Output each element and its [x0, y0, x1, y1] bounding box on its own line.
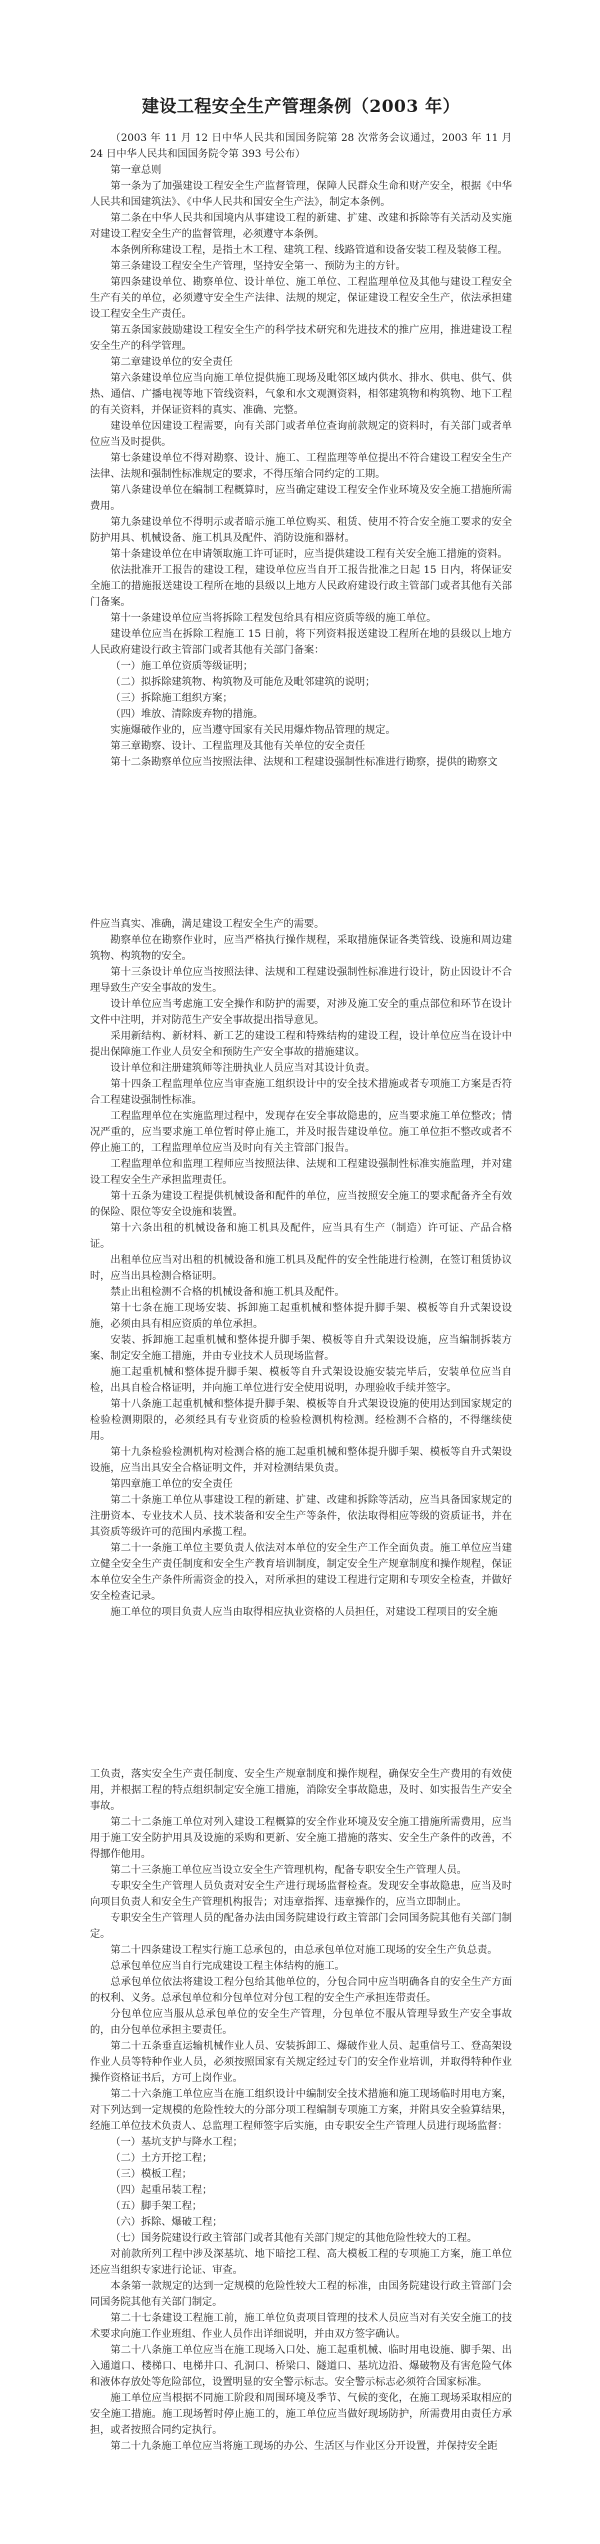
- chapter-2-heading: 第二章建设单位的安全责任: [90, 355, 512, 371]
- list-item: （二）土方开挖工程；: [90, 2151, 512, 2167]
- paragraph: 第二十六条施工单位应当在施工组织设计中编制安全技术措施和施工现场临时用电方案，对…: [90, 2087, 512, 2135]
- paragraph: 第二十五条垂直运输机械作业人员、安装拆卸工、爆破作业人员、起重信号工、登高架设作…: [90, 2039, 512, 2087]
- paragraph: 第二十七条建设工程施工前，施工单位负责项目管理的技术人员应当对有关安全施工的技术…: [90, 2311, 512, 2343]
- paragraph: 施工单位应当根据不同施工阶段和周围环境及季节、气候的变化，在施工现场采取相应的安…: [90, 2391, 512, 2439]
- paragraph: 总承包单位应当自行完成建设工程主体结构的施工。: [90, 1959, 512, 1975]
- document-preamble: （2003 年 11 月 12 日中华人民共和国国务院第 28 次常务会议通过，…: [90, 131, 512, 163]
- paragraph: 第五条国家鼓励建设工程安全生产的科学技术研究和先进技术的推广应用，推进建设工程安…: [90, 323, 512, 355]
- paragraph: 出租单位应当对出租的机械设备和施工机具及配件的安全性能进行检测，在签订租赁协议时…: [90, 1253, 512, 1285]
- paragraph: 第二十一条施工单位主要负责人依法对本单位的安全生产工作全面负责。施工单位应当建立…: [90, 1541, 512, 1605]
- paragraph: 第九条建设单位不得明示或者暗示施工单位购买、租赁、使用不符合安全施工要求的安全防…: [90, 515, 512, 547]
- paragraph: 第二条在中华人民共和国境内从事建设工程的新建、扩建、改建和拆除等有关活动及实施对…: [90, 211, 512, 243]
- paragraph: 第二十八条施工单位应当在施工现场入口处、施工起重机械、临时用电设施、脚手架、出入…: [90, 2343, 512, 2391]
- list-item: （五）脚手架工程；: [90, 2199, 512, 2215]
- paragraph: 工负责，落实安全生产责任制度、安全生产规章制度和操作规程，确保安全生产费用的有效…: [90, 1767, 512, 1815]
- paragraph: 施工单位的项目负责人应当由取得相应执业资格的人员担任，对建设工程项目的安全施: [90, 1605, 512, 1621]
- paragraph: 本条例所称建设工程，是指土木工程、建筑工程、线路管道和设备安装工程及装修工程。: [90, 243, 512, 259]
- page-3-text-block: 工负责，落实安全生产责任制度、安全生产规章制度和操作规程，确保安全生产费用的有效…: [90, 1767, 512, 2455]
- paragraph: 第二十九条施工单位应当将施工现场的办公、生活区与作业区分开设置，并保持安全距: [90, 2439, 512, 2455]
- paragraph: 勘察单位在勘察作业时，应当严格执行操作规程，采取措施保证各类管线、设施和周边建筑…: [90, 933, 512, 965]
- paragraph: 第十五条为建设工程提供机械设备和配件的单位，应当按照安全施工的要求配备齐全有效的…: [90, 1189, 512, 1221]
- paragraph: 第三条建设工程安全生产管理，坚持安全第一、预防为主的方针。: [90, 259, 512, 275]
- paragraph: 第十二条勘察单位应当按照法律、法规和工程建设强制性标准进行勘察，提供的勘察文: [90, 755, 512, 771]
- paragraph: 实施爆破作业的，应当遵守国家有关民用爆炸物品管理的规定。: [90, 723, 512, 739]
- document-page: 建设工程安全生产管理条例（2003 年） （2003 年 11 月 12 日中华…: [0, 96, 600, 2455]
- page-break-gap: [90, 771, 512, 917]
- paragraph: 第八条建设单位在编制工程概算时，应当确定建设工程安全作业环境及安全施工措施所需费…: [90, 483, 512, 515]
- paragraph: 专职安全生产管理人员的配备办法由国务院建设行政主管部门会同国务院其他有关部门制定…: [90, 1911, 512, 1943]
- list-item: （一）基坑支护与降水工程；: [90, 2135, 512, 2151]
- paragraph: 本条第一款规定的达到一定规模的危险性较大工程的标准，由国务院建设行政主管部门会同…: [90, 2279, 512, 2311]
- paragraph: 第六条建设单位应当向施工单位提供施工现场及毗邻区域内供水、排水、供电、供气、供热…: [90, 371, 512, 419]
- paragraph: 第一条为了加强建设工程安全生产监督管理，保障人民群众生命和财产安全，根据《中华人…: [90, 179, 512, 211]
- list-item: （六）拆除、爆破工程；: [90, 2215, 512, 2231]
- paragraph: 采用新结构、新材料、新工艺的建设工程和特殊结构的建设工程，设计单位应当在设计中提…: [90, 1029, 512, 1061]
- page-1-text-block: 第一章总则第一条为了加强建设工程安全生产监督管理，保障人民群众生命和财产安全，根…: [90, 163, 512, 771]
- paragraph: 总承包单位依法将建设工程分包给其他单位的，分包合同中应当明确各自的安全生产方面的…: [90, 1975, 512, 2007]
- paragraph: 工程监理单位在实施监理过程中，发现存在安全事故隐患的，应当要求施工单位整改；情况…: [90, 1109, 512, 1157]
- paragraph: 建设单位因建设工程需要，向有关部门或者单位查询前款规定的资料时，有关部门或者单位…: [90, 419, 512, 451]
- paragraph: 建设单位应当在拆除工程施工 15 日前，将下列资料报送建设工程所在地的县级以上地…: [90, 627, 512, 659]
- paragraph: 第十三条设计单位应当按照法律、法规和工程建设强制性标准进行设计，防止因设计不合理…: [90, 965, 512, 997]
- paragraph: 依法批准开工报告的建设工程，建设单位应当自开工报告批准之日起 15 日内，将保证…: [90, 563, 512, 611]
- chapter-1-heading: 第一章总则: [90, 163, 512, 179]
- list-item: （七）国务院建设行政主管部门或者其他有关部门规定的其他危险性较大的工程。: [90, 2231, 512, 2247]
- paragraph: 第二十三条施工单位应当设立安全生产管理机构，配备专职安全生产管理人员。: [90, 1863, 512, 1879]
- page-2-text-block: 件应当真实、准确，满足建设工程安全生产的需要。勘察单位在勘察作业时，应当严格执行…: [90, 917, 512, 1621]
- paragraph: 第十条建设单位在申请领取施工许可证时，应当提供建设工程有关安全施工措施的资料。: [90, 547, 512, 563]
- paragraph: 设计单位和注册建筑师等注册执业人员应当对其设计负责。: [90, 1061, 512, 1077]
- paragraph: 件应当真实、准确，满足建设工程安全生产的需要。: [90, 917, 512, 933]
- list-item: （二）拟拆除建筑物、构筑物及可能危及毗邻建筑的说明；: [90, 675, 512, 691]
- paragraph: 分包单位应当服从总承包单位的安全生产管理，分包单位不服从管理导致生产安全事故的，…: [90, 2007, 512, 2039]
- paragraph: 第十八条施工起重机械和整体提升脚手架、模板等自升式架设设施的使用达到国家规定的检…: [90, 1397, 512, 1445]
- list-item: （三）拆除施工组织方案；: [90, 691, 512, 707]
- document-title: 建设工程安全生产管理条例（2003 年）: [90, 96, 512, 118]
- paragraph: 安装、拆卸施工起重机械和整体提升脚手架、模板等自升式架设设施，应当编制拆装方案、…: [90, 1333, 512, 1365]
- chapter-3-heading: 第三章勘察、设计、工程监理及其他有关单位的安全责任: [90, 739, 512, 755]
- paragraph: 施工起重机械和整体提升脚手架、模板等自升式架设设施安装完毕后，安装单位应当自检，…: [90, 1365, 512, 1397]
- paragraph: 设计单位应当考虑施工安全操作和防护的需要，对涉及施工安全的重点部位和环节在设计文…: [90, 997, 512, 1029]
- paragraph: 第十六条出租的机械设备和施工机具及配件，应当具有生产（制造）许可证、产品合格证。: [90, 1221, 512, 1253]
- list-item: （四）堆放、清除废弃物的措施。: [90, 707, 512, 723]
- paragraph: 专职安全生产管理人员负责对安全生产进行现场监督检查。发现安全事故隐患，应当及时向…: [90, 1879, 512, 1911]
- page-break-gap: [90, 1621, 512, 1767]
- paragraph: 第十七条在施工现场安装、拆卸施工起重机械和整体提升脚手架、模板等自升式架设设施，…: [90, 1301, 512, 1333]
- paragraph: 第四条建设单位、勘察单位、设计单位、施工单位、工程监理单位及其他与建设工程安全生…: [90, 275, 512, 323]
- paragraph: 第七条建设单位不得对勘察、设计、施工、工程监理等单位提出不符合建设工程安全生产法…: [90, 451, 512, 483]
- list-item: （一）施工单位资质等级证明；: [90, 659, 512, 675]
- list-item: （四）起重吊装工程；: [90, 2183, 512, 2199]
- paragraph: 工程监理单位和监理工程师应当按照法律、法规和工程建设强制性标准实施监理，并对建设…: [90, 1157, 512, 1189]
- paragraph: 对前款所列工程中涉及深基坑、地下暗挖工程、高大模板工程的专项施工方案，施工单位还…: [90, 2247, 512, 2279]
- chapter-4-heading: 第四章施工单位的安全责任: [90, 1477, 512, 1493]
- list-item: （三）模板工程；: [90, 2167, 512, 2183]
- paragraph: 第十四条工程监理单位应当审查施工组织设计中的安全技术措施或者专项施工方案是否符合…: [90, 1077, 512, 1109]
- paragraph: 第二十二条施工单位对列入建设工程概算的安全作业环境及安全施工措施所需费用，应当用…: [90, 1815, 512, 1863]
- paragraph: 第二十条施工单位从事建设工程的新建、扩建、改建和拆除等活动，应当具备国家规定的注…: [90, 1493, 512, 1541]
- paragraph: 第十一条建设单位应当将拆除工程发包给具有相应资质等级的施工单位。: [90, 611, 512, 627]
- paragraph: 第十九条检验检测机构对检测合格的施工起重机械和整体提升脚手架、模板等自升式架设设…: [90, 1445, 512, 1477]
- paragraph: 禁止出租检测不合格的机械设备和施工机具及配件。: [90, 1285, 512, 1301]
- paragraph: 第二十四条建设工程实行施工总承包的，由总承包单位对施工现场的安全生产负总责。: [90, 1943, 512, 1959]
